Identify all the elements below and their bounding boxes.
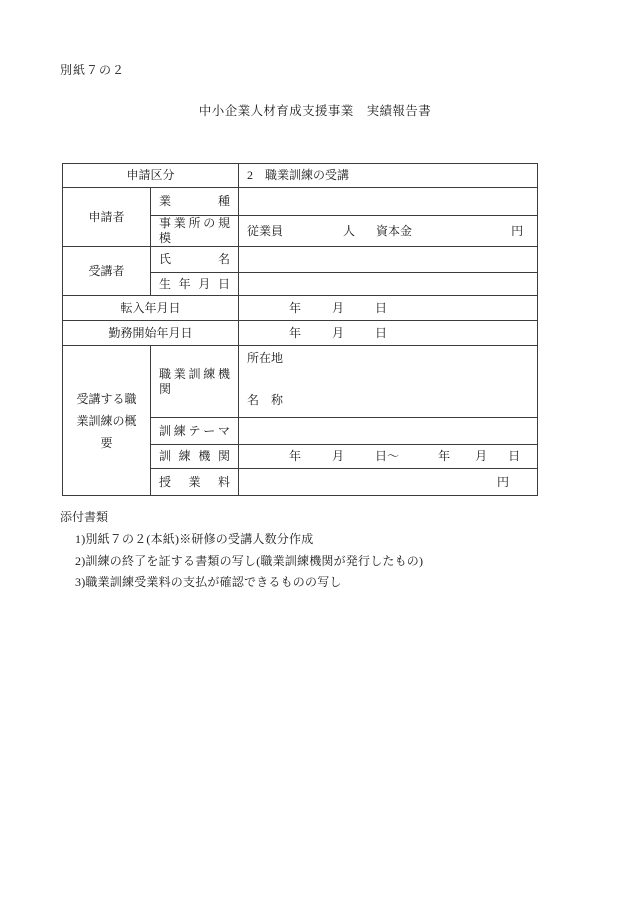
work-start-date-label: 勤務開始年月日 <box>63 321 239 346</box>
business-scale-label: 事業所の規模 <box>151 216 239 247</box>
applicant-label: 申請者 <box>63 188 151 247</box>
month-unit: 月 <box>332 301 344 316</box>
trainee-name-value <box>239 247 538 273</box>
move-in-date-value: 年 月 日 <box>239 296 538 321</box>
training-institution-label: 職業訓練機関 <box>151 346 239 418</box>
year-unit: 年 <box>289 326 301 341</box>
attachment-number-label: 別紙７の２ <box>60 61 125 78</box>
business-scale-value: 従業員 人 資本金 円 <box>239 216 538 247</box>
month-unit: 月 <box>475 449 487 464</box>
trainee-label: 受講者 <box>63 247 151 296</box>
year-unit: 年 <box>289 449 301 464</box>
move-in-date-label: 転入年月日 <box>63 296 239 321</box>
year-unit: 年 <box>438 449 450 464</box>
document-title: 中小企業人材育成支援事業 実績報告書 <box>0 101 630 119</box>
training-theme-value <box>239 418 538 445</box>
trainee-name-label: 氏名 <box>151 247 239 273</box>
attachments-section: 添付書類 1)別紙７の２(本紙)※研修の受講人数分作成 2)訓練の終了を証する書… <box>60 509 423 594</box>
capital-label: 資本金 <box>376 224 412 239</box>
persons-unit: 人 <box>343 224 355 239</box>
day-unit: 日 <box>375 301 387 316</box>
attachment-item: 2)訓練の終了を証する書類の写し(職業訓練機関が発行したもの) <box>75 551 423 573</box>
page-container: { "page": { "attachment_number": "別紙７の２"… <box>0 0 630 903</box>
day-tilde-unit: 日～ <box>375 449 399 464</box>
training-overview-label: 受講する職業訓練の概要 <box>63 346 151 496</box>
year-unit: 年 <box>289 301 301 316</box>
attachment-item: 3)職業訓練受業料の支払が確認できるものの写し <box>75 572 423 594</box>
application-category-value: 2 職業訓練の受講 <box>239 164 538 188</box>
month-unit: 月 <box>332 326 344 341</box>
day-unit: 日 <box>508 449 520 464</box>
month-unit: 月 <box>332 449 344 464</box>
day-unit: 日 <box>375 326 387 341</box>
training-theme-label: 訓練テーマ <box>151 418 239 445</box>
birthdate-label: 生年月日 <box>151 273 239 296</box>
report-table: 申請区分 2 職業訓練の受講 申請者 業種 事業所の規模 従業員 人 資本金 円… <box>62 163 538 496</box>
industry-value <box>239 188 538 216</box>
institution-address-label: 所在地 <box>247 351 529 366</box>
application-category-label: 申請区分 <box>63 164 239 188</box>
work-start-date-value: 年 月 日 <box>239 321 538 346</box>
employees-label: 従業員 <box>247 224 283 239</box>
training-period-value: 年 月 日～ 年 月 日 <box>239 445 538 469</box>
institution-name-label: 名 称 <box>247 393 529 408</box>
training-institution-value: 所在地 名 称 <box>239 346 538 418</box>
tuition-fee-label: 授業料 <box>151 469 239 496</box>
attachment-item: 1)別紙７の２(本紙)※研修の受講人数分作成 <box>75 529 423 551</box>
yen-unit: 円 <box>511 224 523 239</box>
industry-label: 業種 <box>151 188 239 216</box>
attachments-heading: 添付書類 <box>60 509 423 525</box>
training-period-label: 訓練機関 <box>151 445 239 469</box>
yen-unit: 円 <box>497 475 509 489</box>
birthdate-value <box>239 273 538 296</box>
tuition-fee-value: 円 <box>239 469 538 496</box>
